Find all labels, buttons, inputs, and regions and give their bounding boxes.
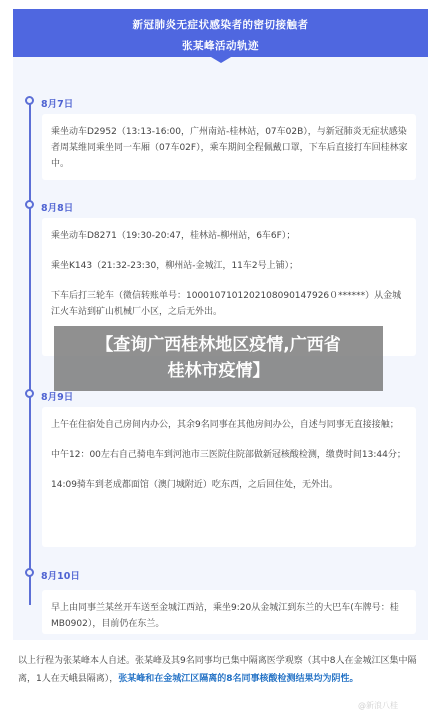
timeline-entry: 乘坐动车D8271（19:30-20:47，桂林站-柳州站，6车6F）； xyxy=(51,228,408,244)
footer-highlight: 张某峰和在金城江区隔离的8名同事核酸检测结果均为阴性。 xyxy=(118,674,358,684)
timeline-dot-icon xyxy=(25,200,34,209)
timeline-card: 乘坐动车D2952（13:13-16:00，广州南站-桂林站，07车02B），与… xyxy=(42,114,416,180)
weibo-watermark: @新浪八桂 xyxy=(358,700,398,711)
header-arrow xyxy=(211,57,231,63)
timeline-entry: 早上由同事兰某丝开车送至金城江西站，乘坐9:20从金城江到东兰的大巴车(车牌号：… xyxy=(51,600,408,632)
header-banner: 新冠肺炎无症状感染者的密切接触者 张某峰活动轨迹 xyxy=(13,9,428,57)
overlay-line1: 【查询广西桂林地区疫情,广西省 xyxy=(54,332,383,358)
timeline-entry: 乘坐动车D2952（13:13-16:00，广州南站-桂林站，07车02B），与… xyxy=(51,124,408,172)
timeline-entry: 中午12：00左右自己骑电车到河池市三医院住院部做新冠核酸检测，缴费时间13:4… xyxy=(51,447,408,463)
timeline-entry: 下车后打三轮车（微信转账单号：1000107101202108090147926… xyxy=(51,288,408,320)
timeline-dot-icon xyxy=(25,389,34,398)
timeline-date: 8月8日 xyxy=(41,200,73,214)
timeline-dot-icon xyxy=(25,568,34,577)
timeline-date: 8月9日 xyxy=(41,389,73,403)
timeline-date: 8月7日 xyxy=(41,96,73,110)
timeline-entry: 14:09骑车到老成都面馆（澳门城附近）吃东西，之后回住处，无外出。 xyxy=(51,477,408,493)
overlay-line2: 桂林市疫情】 xyxy=(54,358,383,384)
header-title-line1: 新冠肺炎无症状感染者的密切接触者 xyxy=(13,17,428,32)
timeline-entry: 上午在住宿处自己房间内办公，其余9名同事在其他房间办公，自述与同事无直接接触； xyxy=(51,417,408,433)
timeline-dot-icon xyxy=(25,96,34,105)
timeline-line xyxy=(29,100,31,605)
timeline-card: 上午在住宿处自己房间内办公，其余9名同事在其他房间办公，自述与同事无直接接触； … xyxy=(42,407,416,547)
title-overlay: 【查询广西桂林地区疫情,广西省 桂林市疫情】 xyxy=(54,326,383,391)
timeline-date: 8月10日 xyxy=(41,568,80,582)
footer-note: 以上行程为张某峰本人自述。张某峰及其9名同事均已集中隔离医学观察（其中8人在金城… xyxy=(18,652,428,688)
header-title-line2: 张某峰活动轨迹 xyxy=(13,38,428,53)
timeline-entry: 乘坐K143（21:32-23:30，柳州站-金城江，11车2号上铺）； xyxy=(51,258,408,274)
timeline-card: 早上由同事兰某丝开车送至金城江西站，乘坐9:20从金城江到东兰的大巴车(车牌号：… xyxy=(42,590,416,634)
